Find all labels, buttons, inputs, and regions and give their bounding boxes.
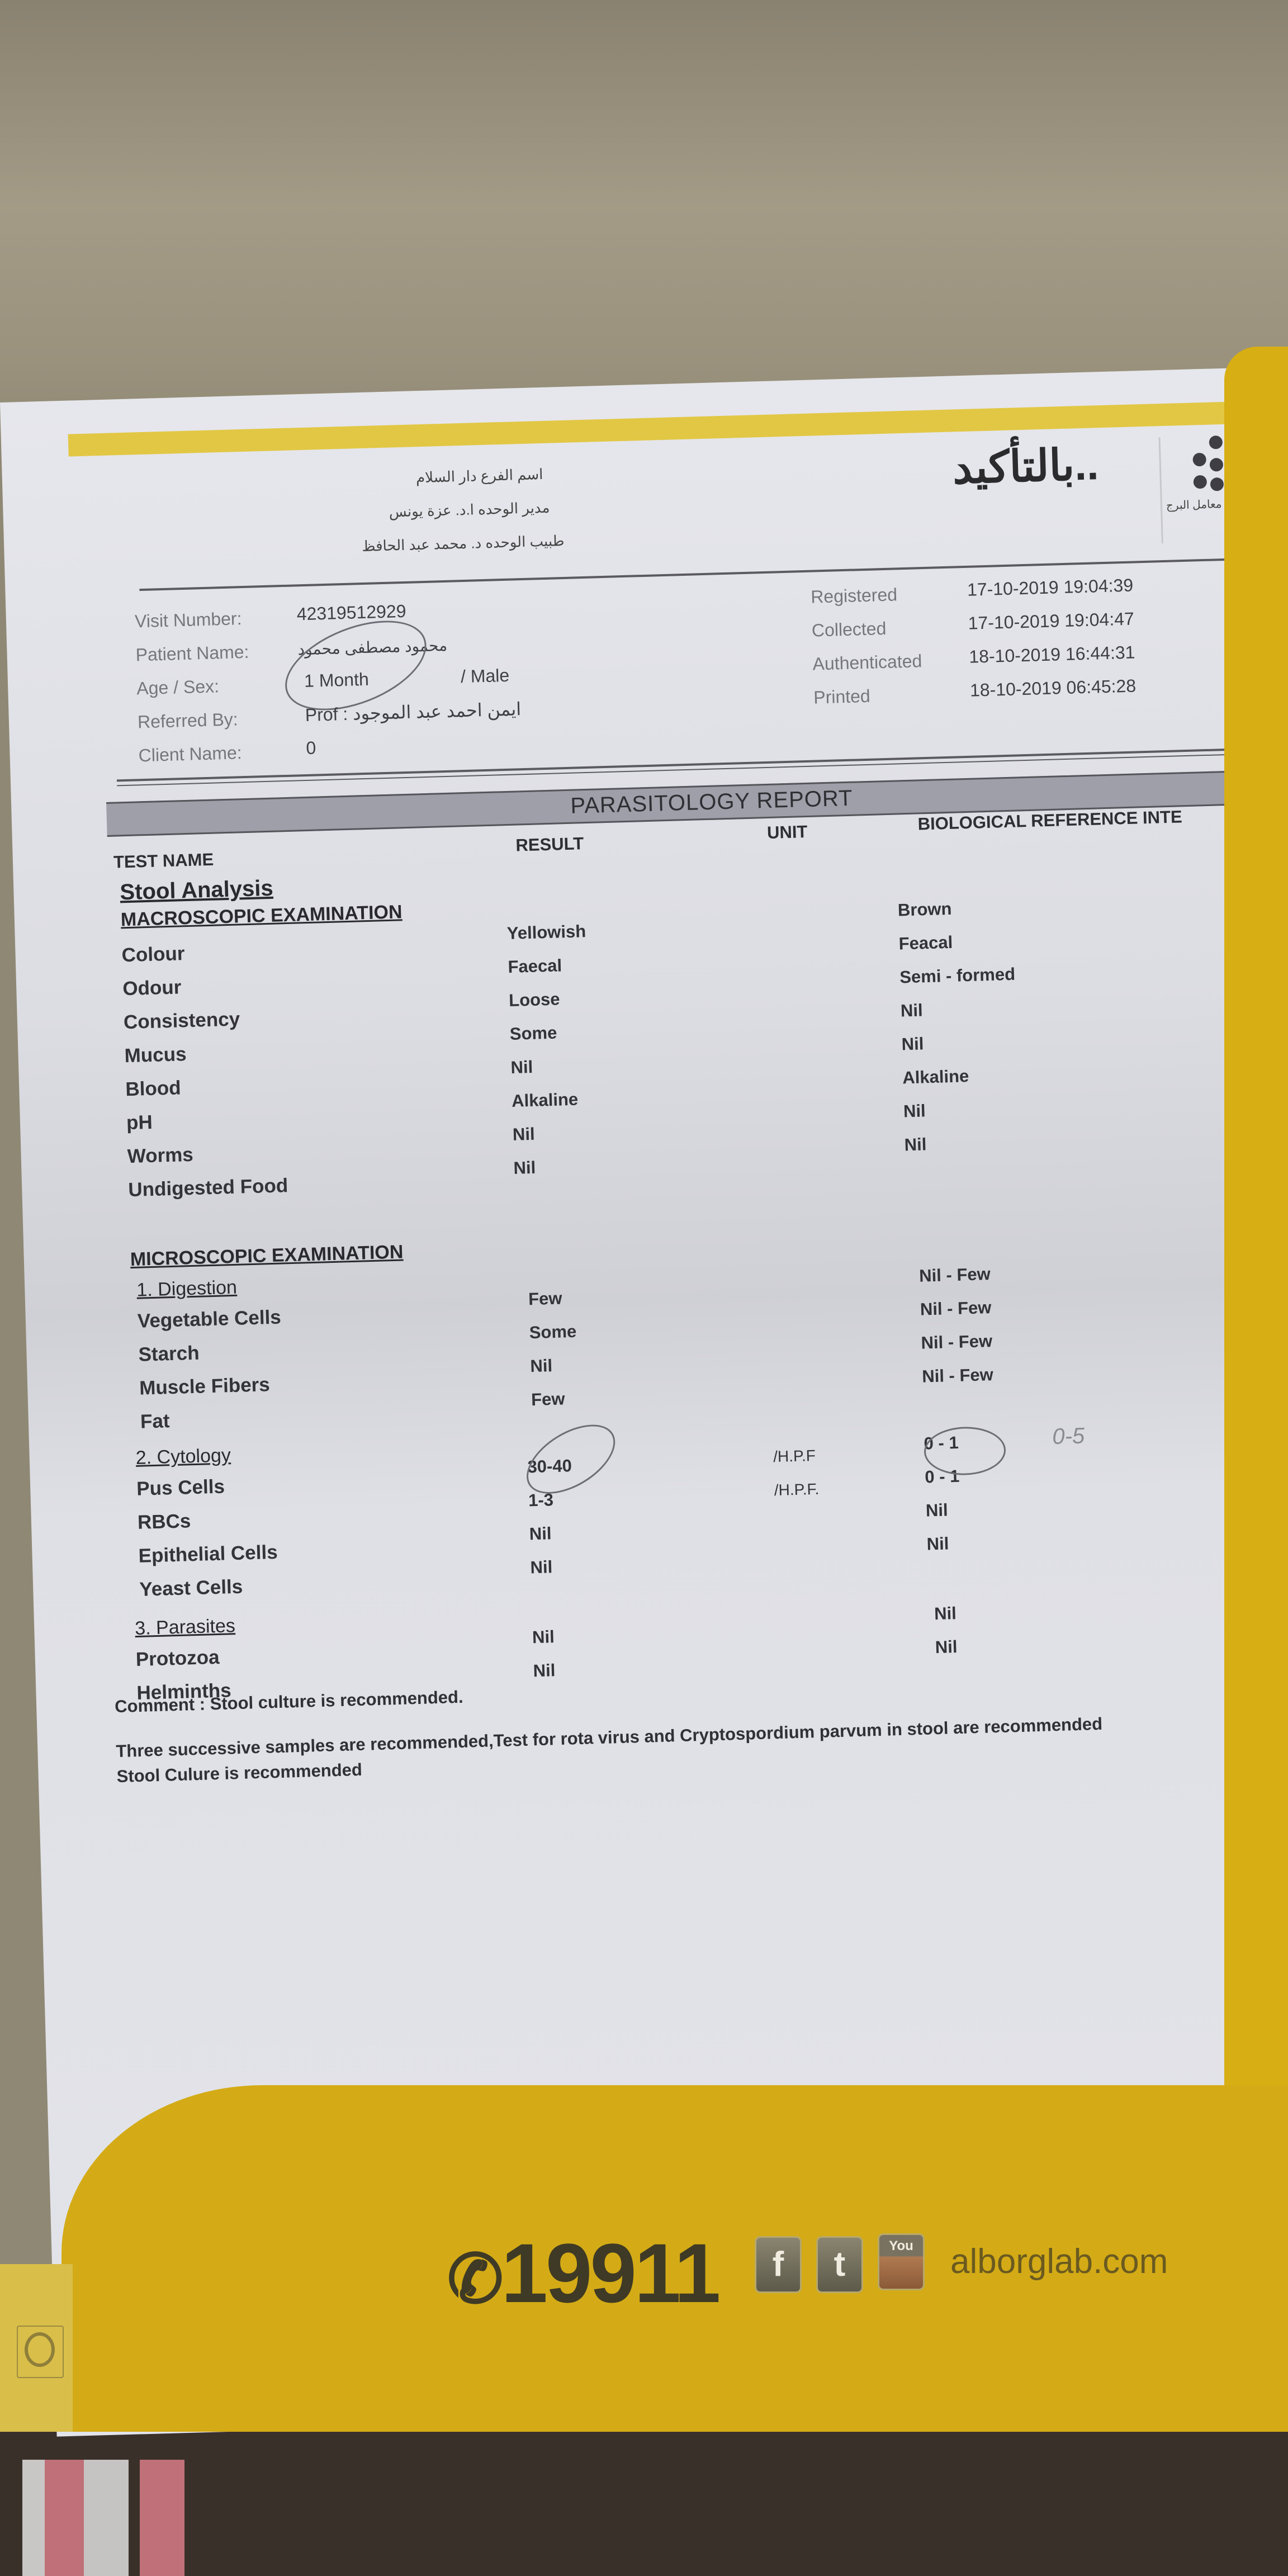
column-unit: UNIT [767, 822, 808, 843]
reference-range: Nil - Few [919, 1264, 991, 1286]
reference-range: Nil - Few [922, 1365, 993, 1387]
collected-label: Collected [811, 618, 886, 641]
background-cloth [140, 2460, 184, 2576]
test-result: Nil [510, 1057, 533, 1078]
test-name: RBCs [137, 1510, 191, 1534]
parasites-table: ProtozoaNilNilHelminthsNilNil [0, 368, 1246, 402]
printed-label: Printed [813, 686, 870, 708]
test-name: Blood [125, 1077, 181, 1101]
test-result: Alkaline [512, 1090, 579, 1111]
reference-range: Nil [935, 1637, 958, 1658]
test-name: Starch [138, 1342, 200, 1366]
accreditation-seal-icon [17, 2326, 64, 2378]
footer-band: ✆19911 f t You alborglab.com [61, 2085, 1288, 2432]
test-result: Some [529, 1322, 576, 1343]
reference-range: Alkaline [902, 1066, 969, 1088]
test-name: Protozoa [135, 1646, 220, 1671]
test-name: Yeast Cells [139, 1576, 243, 1601]
test-result: Nil [533, 1660, 556, 1681]
test-name: Odour [122, 976, 182, 1000]
background-cloth [84, 2460, 129, 2576]
reference-range: Feacal [898, 932, 953, 954]
authenticated-date: 18-10-2019 16:44:31 [969, 642, 1135, 667]
column-test-name: TEST NAME [113, 850, 214, 873]
test-name: Pus Cells [136, 1476, 225, 1500]
background-cloth [22, 2460, 45, 2576]
macroscopic-table: ColourYellowishBrownOdourFaecalFeacalCon… [0, 368, 1246, 402]
reference-range: Nil - Few [921, 1331, 992, 1353]
cytology-table: Pus Cells30-40/H.P.F0 - 1RBCs1-3/H.P.F.0… [0, 368, 1246, 402]
parasites-title: 3. Parasites [135, 1615, 236, 1640]
column-result: RESULT [515, 834, 584, 855]
section-stool-analysis: Stool Analysis [120, 876, 273, 906]
test-result: Nil [530, 1557, 553, 1578]
note-line-1: Three successive samples are recommended… [116, 1714, 1103, 1761]
reference-range: Nil [925, 1500, 948, 1521]
reference-range: Semi - formed [899, 964, 1016, 988]
reference-range: Nil [901, 1034, 924, 1054]
test-result: Nil [529, 1523, 552, 1544]
registered-label: Registered [811, 584, 898, 607]
test-name: Consistency [124, 1008, 240, 1034]
reference-range: Nil [901, 1000, 924, 1021]
test-name: Undigested Food [128, 1175, 288, 1201]
note-line-2: Stool Culure is recommended [116, 1760, 362, 1787]
handwritten-note: 0-5 [1052, 1424, 1085, 1450]
digestion-title: 1. Digestion [136, 1277, 238, 1301]
unit-director: مدير الوحده ا.د. عزة يونس [389, 499, 550, 521]
test-result: Loose [509, 989, 560, 1011]
macroscopic-title: MACROSCOPIC EXAMINATION [120, 901, 402, 931]
background-surface [0, 2421, 1288, 2576]
test-result: Some [509, 1023, 557, 1044]
test-result: Few [528, 1289, 562, 1310]
test-name: Worms [127, 1144, 193, 1168]
test-name: pH [126, 1111, 153, 1134]
unit-physician: طبيب الوحده د. محمد عبد الحافظ [362, 532, 565, 555]
patient-sex: / Male [461, 665, 510, 687]
referred-by-label: Referred By: [138, 709, 239, 732]
client-name-label: Client Name: [138, 742, 242, 766]
side-logo-caption: معامل البرج [1166, 497, 1222, 513]
test-result: Nil [532, 1627, 555, 1647]
test-result: Few [531, 1389, 565, 1410]
reference-range: Nil [934, 1603, 957, 1624]
hotline-number: ✆19911 [447, 2225, 718, 2322]
reference-range: Nil [903, 1101, 926, 1121]
phone-icon: ✆ [447, 2242, 501, 2317]
test-unit: /H.P.F [773, 1447, 816, 1466]
test-name: Fat [140, 1410, 170, 1433]
age-sex-label: Age / Sex: [136, 676, 220, 699]
visit-number-label: Visit Number: [135, 608, 242, 632]
authenticated-label: Authenticated [812, 651, 922, 674]
reference-range: Brown [897, 899, 951, 921]
test-result: Nil [512, 1124, 535, 1145]
reference-range: Nil [926, 1533, 949, 1554]
microscopic-title: MICROSCOPIC EXAMINATION [130, 1241, 404, 1271]
test-name: Mucus [124, 1043, 187, 1067]
reference-range: Nil - Few [920, 1298, 991, 1320]
digestion-table: Vegetable CellsFewNil - FewStarchSomeNil… [0, 368, 1246, 402]
facebook-icon[interactable]: f [755, 2236, 802, 2293]
website-link[interactable]: alborglab.com [950, 2242, 1168, 2281]
header-divider [1159, 437, 1163, 543]
test-name: Muscle Fibers [139, 1374, 270, 1400]
client-name: 0 [306, 737, 316, 758]
twitter-icon[interactable]: t [816, 2236, 863, 2293]
youtube-icon[interactable]: You [878, 2233, 925, 2290]
test-name: Vegetable Cells [137, 1306, 281, 1333]
patient-name-label: Patient Name: [135, 642, 249, 666]
branch-name: اسم الفرع دار السلام [416, 466, 543, 486]
test-result: Yellowish [506, 921, 586, 944]
brand-logo-text: بالتأكيد.. [952, 439, 1100, 494]
folder-yellow-edge [1224, 347, 1288, 2247]
background-cloth [45, 2460, 84, 2576]
cytology-title: 2. Cytology [135, 1445, 231, 1469]
test-name: Epithelial Cells [138, 1541, 278, 1568]
printed-date: 18-10-2019 06:45:28 [970, 675, 1137, 700]
test-result: Faecal [508, 955, 562, 977]
registered-date: 17-10-2019 19:04:39 [967, 575, 1134, 600]
test-result: Nil [513, 1158, 536, 1178]
collected-date: 17-10-2019 19:04:47 [968, 609, 1134, 634]
test-name: Colour [121, 943, 185, 967]
test-unit: /H.P.F. [774, 1480, 819, 1499]
test-result: Nil [530, 1356, 553, 1376]
reference-range: Nil [904, 1134, 927, 1155]
